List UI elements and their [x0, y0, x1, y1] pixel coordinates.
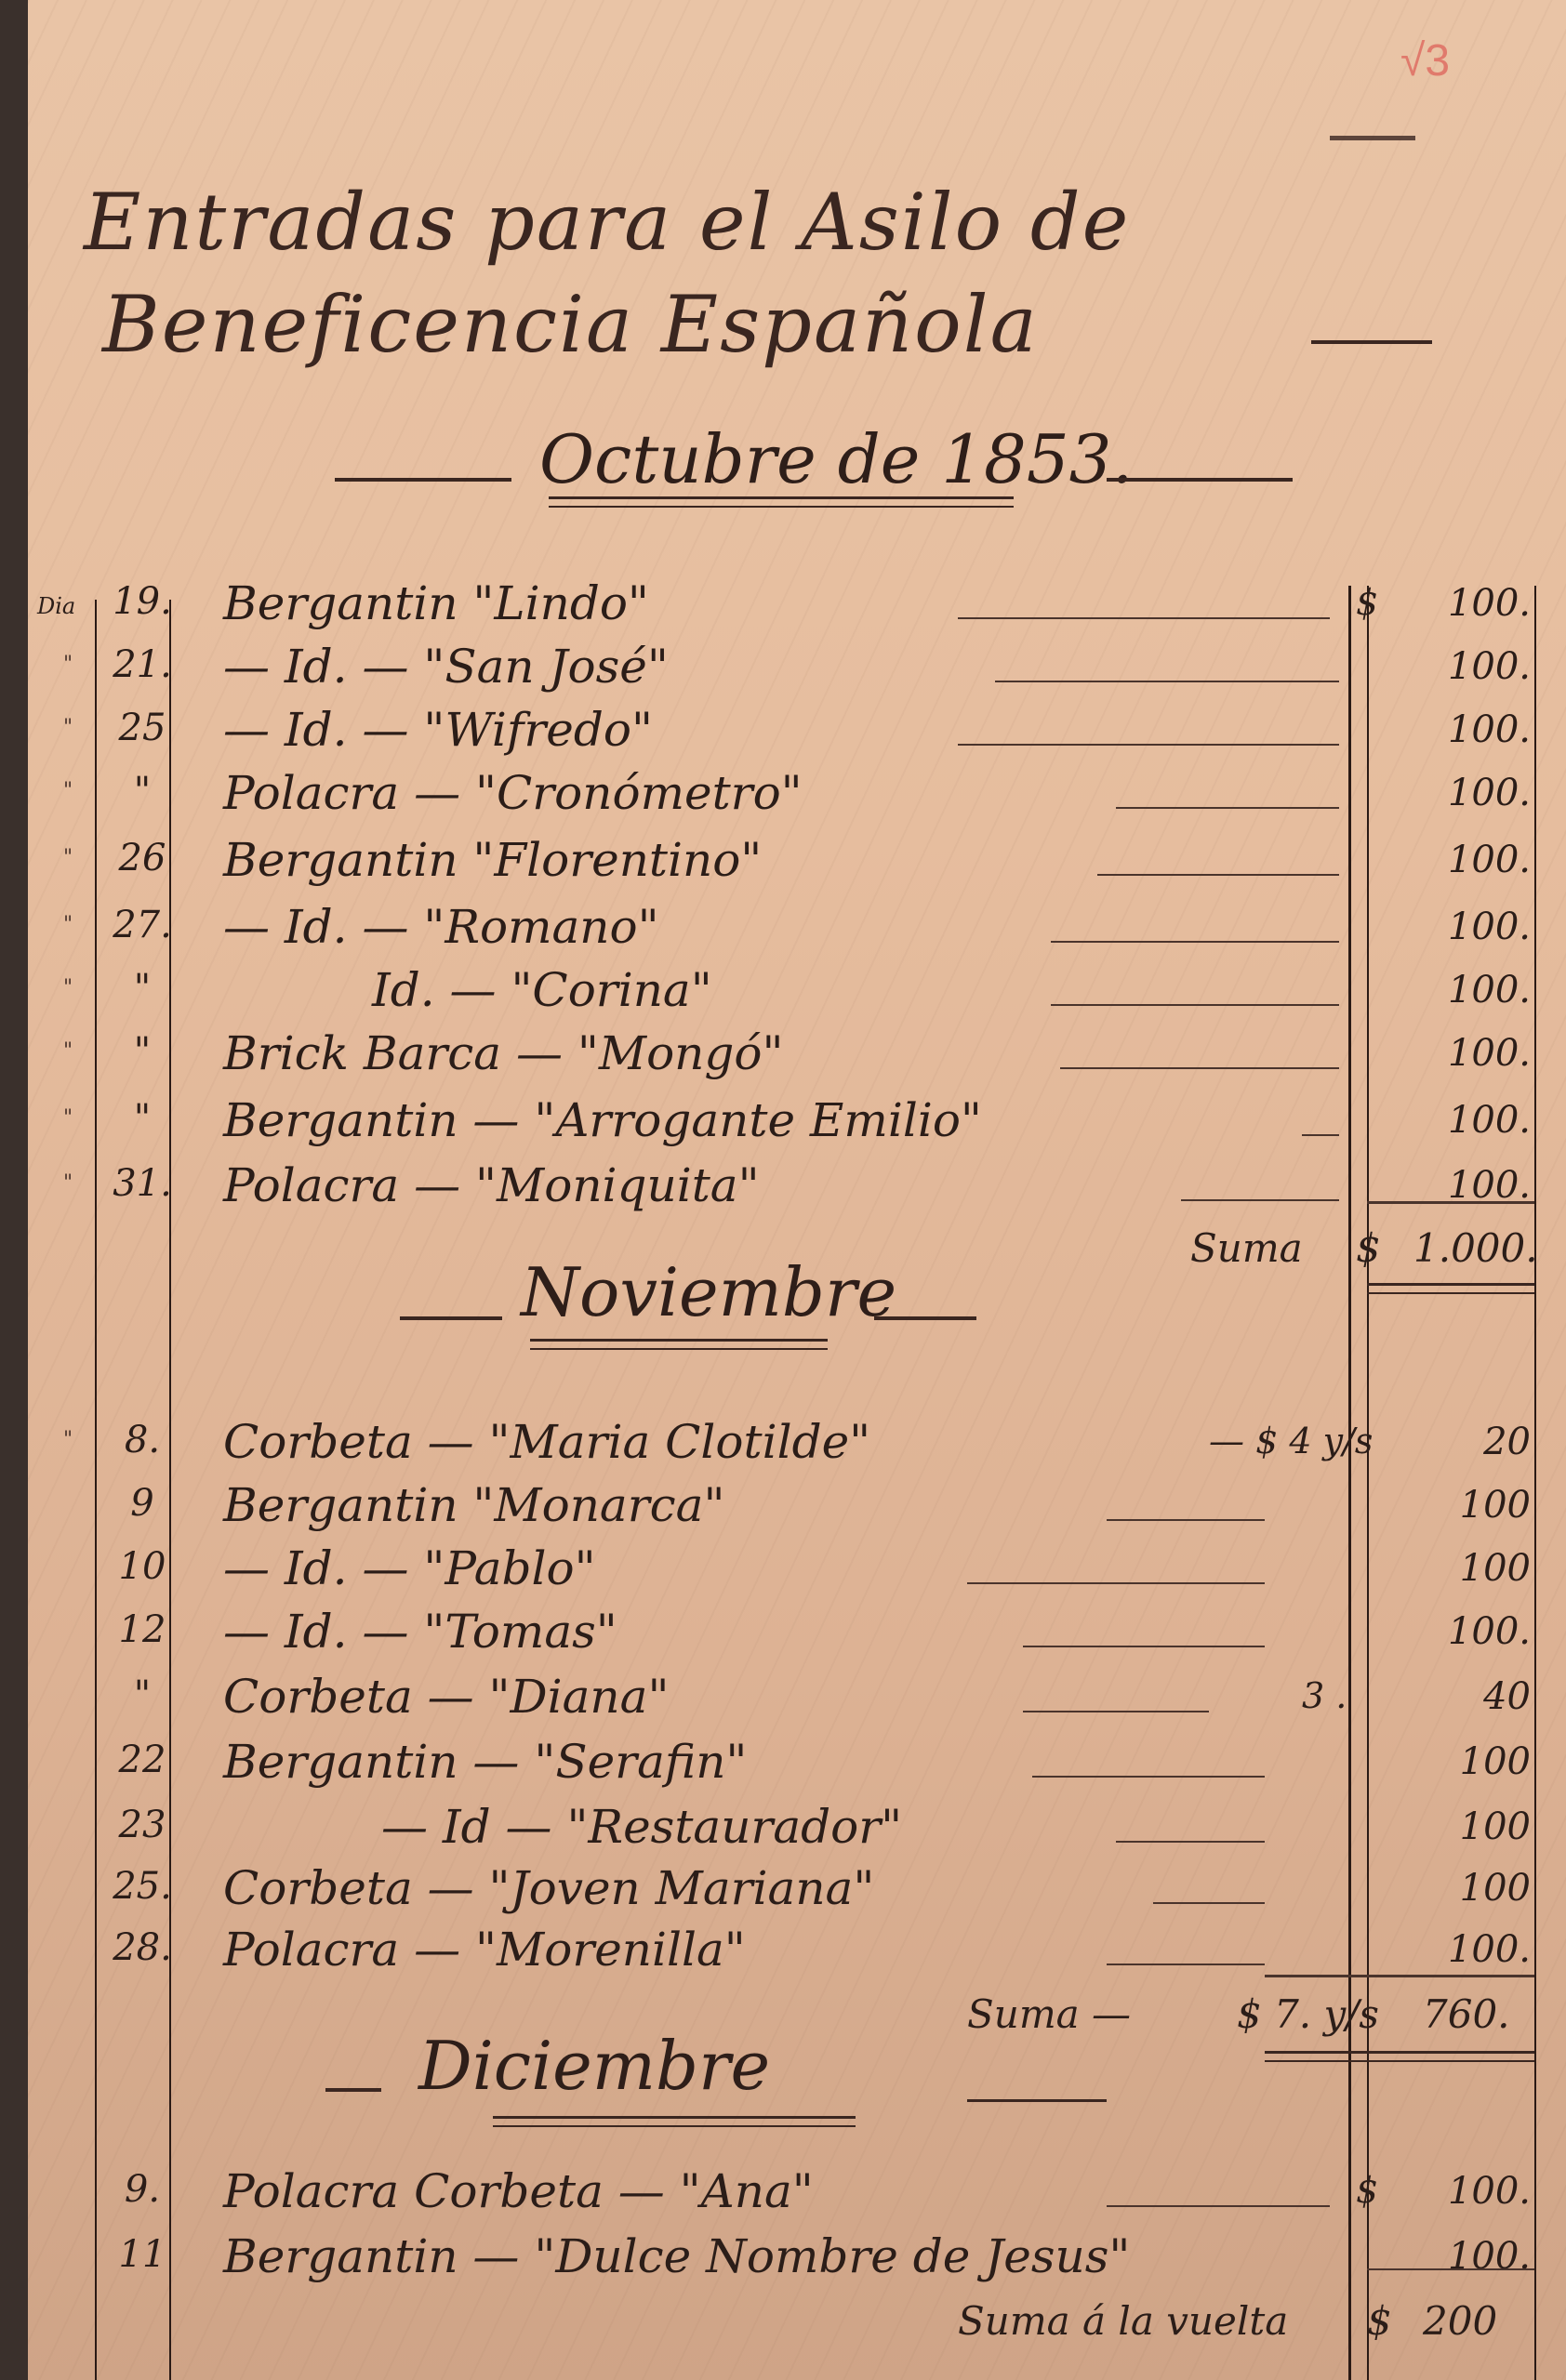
entry-row: " 21. — Id. — "San José" 100. — [28, 640, 1566, 695]
day: " — [110, 1673, 175, 1716]
day: 9. — [110, 2168, 175, 2211]
total-rule — [1367, 1201, 1534, 1204]
vessel: — Id. — "San José" — [223, 640, 669, 694]
amount: 100. — [1404, 969, 1531, 1011]
day: 31. — [110, 1162, 175, 1205]
ditto-mark: " — [63, 1428, 73, 1451]
entry-row: 9 Bergantin "Monarca" 100 — [28, 1478, 1566, 1534]
total-double-rule — [1265, 2051, 1534, 2062]
vessel: Polacra — "Cronómetro" — [223, 766, 803, 820]
entry-row: 10 — Id. — "Pablo" 100 — [28, 1541, 1566, 1597]
amount: 100. — [1404, 1928, 1531, 1971]
october-total-label: Suma — [1190, 1225, 1303, 1271]
amount: 100. — [1404, 906, 1531, 948]
entry-row: 28. Polacra — "Morenilla" 100. — [28, 1923, 1566, 1978]
month-heading-december: Diciembre — [418, 2027, 770, 2105]
december-total-amount: 200 — [1423, 2298, 1497, 2344]
vessel: Bergantin "Lindo" — [223, 576, 649, 630]
amount: 100. — [1404, 1099, 1531, 1142]
dia-label: Dia — [37, 593, 102, 619]
currency: $ — [1356, 2170, 1378, 2211]
day: 19. — [110, 580, 175, 623]
day: " — [110, 1030, 175, 1073]
day: 27. — [110, 904, 175, 946]
amount: 100. — [1404, 708, 1531, 751]
day: 25. — [110, 1865, 175, 1908]
december-total-label: Suma á la vuelta — [958, 2298, 1288, 2344]
title-line-1: Entradas para el Asilo de — [84, 177, 1130, 268]
entry-row: " 26 Bergantin "Florentino" 100. — [28, 833, 1566, 889]
vessel: — Id — "Restaurador" — [381, 1800, 902, 1854]
entry-row: " 8. Corbeta — "Maria Clotilde" — $ 4 y/… — [28, 1415, 1566, 1471]
entry-row: " " Brick Barca — "Mongó" 100. — [28, 1026, 1566, 1082]
vessel: — Id. — "Wifredo" — [223, 703, 653, 757]
vessel: Bergantin — "Arrogante Emilio" — [223, 1093, 982, 1147]
heading-dash-right — [967, 2099, 1107, 2102]
total-double-rule — [1367, 1283, 1534, 1294]
total-rule — [1367, 2268, 1534, 2270]
vessel: Polacra — "Moniquita" — [223, 1158, 760, 1212]
amount: 100. — [1404, 582, 1531, 625]
november-total-amount: 760. — [1423, 1991, 1510, 2037]
entry-row: " " Polacra — "Cronómetro" 100. — [28, 766, 1566, 822]
folio-mark: √3 — [1400, 35, 1450, 86]
amount: 100. — [1404, 772, 1531, 814]
vessel: Bergantin "Florentino" — [223, 833, 762, 887]
currency: $ — [1356, 582, 1378, 623]
october-total-amount: 1.000. — [1413, 1225, 1538, 1271]
amount: 100. — [1404, 645, 1531, 688]
day: 22 — [110, 1739, 175, 1781]
ditto-mark: " — [63, 976, 73, 999]
entry-row: 25. Corbeta — "Joven Mariana" 100 — [28, 1861, 1566, 1917]
vessel: Bergantin "Monarca" — [223, 1478, 724, 1532]
heading-dash-left — [400, 1316, 502, 1320]
amount: 100 — [1404, 1547, 1531, 1590]
day: 21. — [110, 643, 175, 686]
day: 9 — [110, 1482, 175, 1525]
day: 8. — [110, 1419, 175, 1461]
day: " — [110, 1097, 175, 1140]
vessel: Corbeta — "Joven Mariana" — [223, 1861, 874, 1915]
entry-row: " Corbeta — "Diana" 3 . 40 — [28, 1670, 1566, 1725]
day: 25 — [110, 707, 175, 749]
month-heading-october: Octubre de 1853. — [539, 420, 1133, 498]
entry-row: " 31. Polacra — "Moniquita" 100. — [28, 1158, 1566, 1214]
heading-underline — [493, 2116, 856, 2127]
day: 28. — [110, 1926, 175, 1969]
total-rule — [1265, 1975, 1534, 1977]
heading-dash-right — [874, 1316, 976, 1320]
vessel: Id. — "Corina" — [372, 963, 712, 1017]
title-line-2: Beneficencia Española — [102, 279, 1039, 370]
ink-mark — [1330, 136, 1415, 140]
day: " — [110, 967, 175, 1010]
vessel: Corbeta — "Maria Clotilde" — [223, 1415, 870, 1469]
vessel: Corbeta — "Diana" — [223, 1670, 669, 1724]
october-total-currency: $ — [1356, 1225, 1381, 1271]
ditto-mark: " — [63, 779, 73, 802]
ledger-page: √3 Entradas para el Asilo de Beneficenci… — [28, 0, 1566, 2380]
amount: 100 — [1404, 1805, 1531, 1848]
amount: 100. — [1404, 839, 1531, 881]
heading-dash-left — [325, 2088, 381, 2092]
november-total-sub: $ 7. y/s — [1237, 1991, 1379, 2037]
entry-row: " 25 — Id. — "Wifredo" 100. — [28, 703, 1566, 759]
november-total-label: Suma — — [967, 1991, 1131, 2037]
ditto-mark: " — [63, 1171, 73, 1195]
amount: 100. — [1404, 2170, 1531, 2213]
entry-row: " " Id. — "Corina" 100. — [28, 963, 1566, 1019]
entry-row: 12 — Id. — "Tomas" 100. — [28, 1605, 1566, 1660]
vessel: Polacra — "Morenilla" — [223, 1923, 746, 1977]
ditto-mark: " — [63, 846, 73, 869]
ditto-mark: " — [63, 913, 73, 936]
day: 26 — [110, 837, 175, 879]
entry-row: 11 Bergantin — "Dulce Nombre de Jesus" 1… — [28, 2229, 1566, 2285]
amount: 100 — [1404, 1867, 1531, 1910]
entry-row: Dia 19. Bergantin "Lindo" $ 100. — [28, 576, 1566, 632]
vessel: — Id. — "Pablo" — [223, 1541, 596, 1595]
vessel: Bergantin — "Dulce Nombre de Jesus" — [223, 2229, 1130, 2283]
day: 11 — [110, 2233, 175, 2276]
amount: 20 — [1404, 1421, 1531, 1463]
vessel: — Id. — "Romano" — [223, 900, 659, 954]
entry-row: " 27. — Id. — "Romano" 100. — [28, 900, 1566, 956]
day: 23 — [110, 1804, 175, 1846]
vessel: Bergantin — "Serafin" — [223, 1735, 747, 1789]
ditto-mark: " — [63, 653, 73, 676]
entry-row: 22 Bergantin — "Serafin" 100 — [28, 1735, 1566, 1791]
day: " — [110, 770, 175, 813]
ditto-mark: " — [63, 1106, 73, 1130]
entry-row: " " Bergantin — "Arrogante Emilio" 100. — [28, 1093, 1566, 1149]
ditto-mark: " — [63, 716, 73, 739]
vessel: — Id. — "Tomas" — [223, 1605, 617, 1659]
ditto-mark: " — [63, 1039, 73, 1063]
december-total-currency: $ — [1367, 2298, 1392, 2344]
amount: 100 — [1404, 1740, 1531, 1783]
day: 10 — [110, 1545, 175, 1588]
title-dash — [1311, 340, 1432, 344]
amount: 100. — [1404, 2235, 1531, 2278]
heading-underline — [549, 496, 1014, 508]
amount: 100. — [1404, 1032, 1531, 1075]
amount: 100 — [1404, 1484, 1531, 1527]
amount: 40 — [1404, 1675, 1531, 1718]
sub-detail: 3 . — [1302, 1675, 1347, 1716]
sub-detail: — $ 4 y/s — [1209, 1421, 1373, 1461]
heading-dash-right — [1107, 478, 1293, 482]
vessel: Polacra Corbeta — "Ana" — [223, 2164, 814, 2218]
day: 12 — [110, 1608, 175, 1651]
entry-row: 9. Polacra Corbeta — "Ana" $ 100. — [28, 2164, 1566, 2220]
amount: 100. — [1404, 1610, 1531, 1653]
month-heading-november: Noviembre — [521, 1253, 896, 1331]
heading-dash-left — [335, 478, 511, 482]
heading-underline — [530, 1339, 828, 1350]
vessel: Brick Barca — "Mongó" — [223, 1026, 784, 1080]
entry-row: 23 — Id — "Restaurador" 100 — [28, 1800, 1566, 1856]
